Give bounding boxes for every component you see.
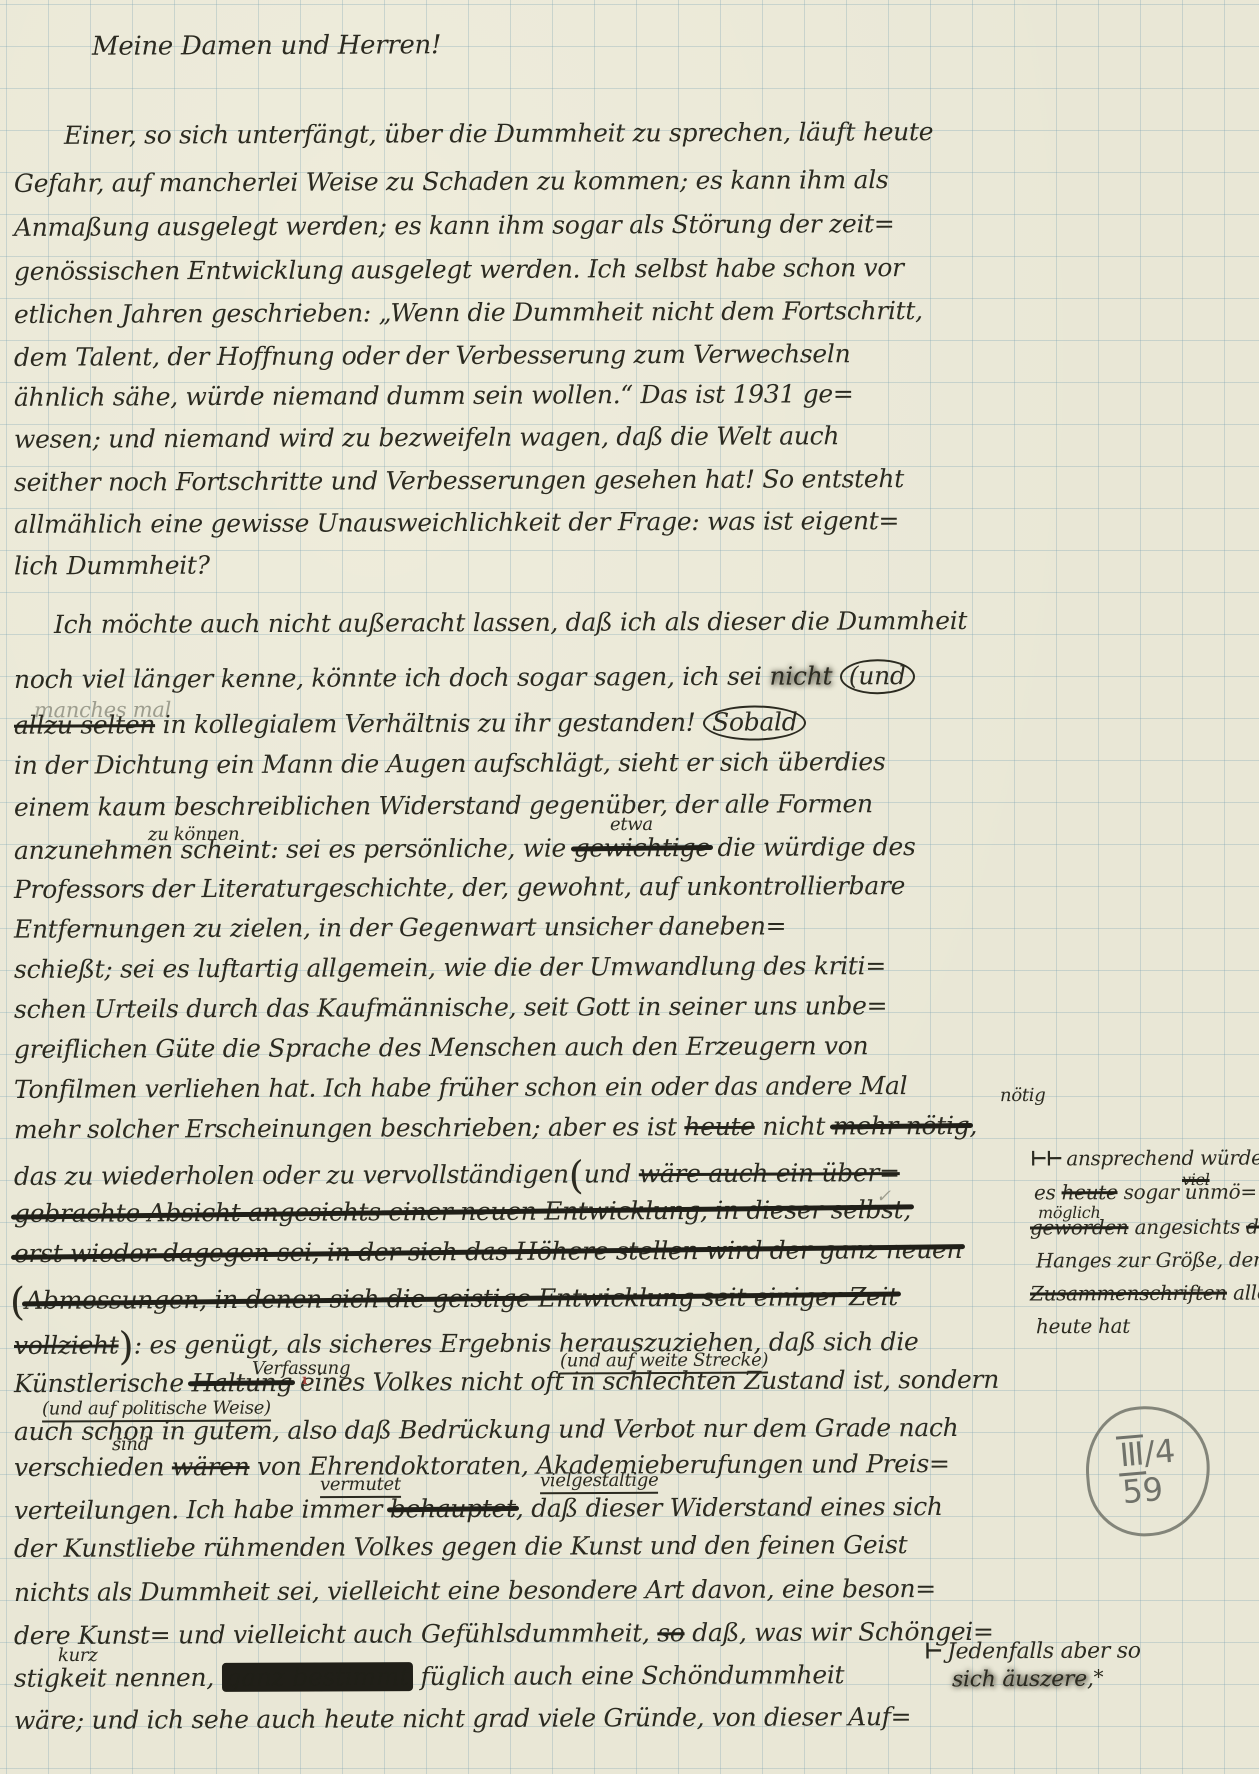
manuscript-line: auch schon in gutem, also daß Bedrückung… [14,1412,959,1447]
manuscript-line: lich Dummheit? [14,550,210,582]
manuscript-line: genössischen Entwicklung ausgelegt werde… [14,252,904,287]
margin-note-line: Hanges zur Größe, den [1036,1247,1259,1273]
manuscript-line: seither noch Fortschritte und Verbesseru… [14,463,904,498]
interlinear-insertion: nötig [1000,1085,1046,1108]
deleted-line: gebrachte Absicht angesichts einer neuen… [14,1194,911,1229]
manuscript-line: Gefahr, auf mancherlei Weise zu Schaden … [14,164,889,199]
manuscript-line: Einer, so sich unterfängt, über die Dumm… [64,116,933,151]
manuscript-line: wesen; und niemand wird zu bezweifeln wa… [14,420,839,455]
archive-stamp-number: 59 [1121,1472,1178,1510]
manuscript-line: Professors der Literaturgeschichte, der,… [14,870,905,905]
manuscript-line: Tonfilmen verliehen hat. Ich habe früher… [14,1070,907,1105]
manuscript-line: in der Dichtung ein Mann die Augen aufsc… [14,746,886,781]
manuscript-line: Ich möchte auch nicht außeracht lassen, … [54,605,967,640]
margin-note-line: geworden angesichts des [1030,1214,1259,1240]
manuscript-line: ähnlich sähe, würde niemand dumm sein wo… [14,378,854,413]
manuscript-line: stigkeit nennen, ganz bestimmt füglich a… [14,1659,844,1694]
manuscript-line: nichts als Dummheit sei, vielleicht eine… [14,1573,936,1608]
interlinear-insertion: vielgestaltige [540,1470,659,1493]
margin-note-line: ⊢⊢ ansprechend würde [1030,1145,1259,1171]
manuscript-line: schießt; sei es luftartig allgemein, wie… [14,950,886,985]
manuscript-line: dem Talent, der Hoffnung oder der Verbes… [14,338,851,373]
archive-stamp: III/4 59 [1081,1401,1216,1541]
manuscript-line: mehr solcher Erscheinungen beschrieben; … [14,1110,977,1145]
deleted-line: (Abmessungen, in denen sich die geistige… [10,1275,898,1327]
manuscript-line: verteilungen. Ich habe immer behauptet, … [14,1491,943,1526]
manuscript-line: dere Kunst= und vielleicht auch Gefühlsd… [14,1616,994,1652]
manuscript-line: anzunehmen scheint: sei es persönliche, … [14,831,916,866]
margin-note-line: heute hat [1036,1314,1130,1339]
archive-stamp-roman: III [1116,1435,1146,1477]
margin-note-line: es heute sogar unmö= [1034,1180,1257,1206]
manuscript-line: Entfernungen zu zielen, in der Gegenwart… [14,910,786,945]
manuscript-line: greiflichen Güte die Sprache des Mensche… [14,1030,868,1065]
salutation-line: Meine Damen und Herren! [92,29,441,63]
margin-note-line: ⊢ Jedenfalls aber so [924,1638,1141,1666]
margin-note-line: Zusammenschriften alles [1030,1280,1259,1306]
manuscript-line: Anmaßung ausgelegt werden; es kann ihm s… [14,208,895,243]
manuscript-line: Künstlerische Haltung eines Volkes nicht… [14,1364,999,1400]
archive-stamp-arabic: /4 [1143,1435,1177,1471]
manuscript-page: III/4 59 Meine Damen und Herren!Einer, s… [0,0,1259,1774]
red-correction-mark: ı [302,1372,307,1390]
manuscript-line: verschieden wären von Ehrendoktoraten, A… [14,1448,950,1483]
archive-stamp-signature: III/4 [1116,1432,1177,1476]
manuscript-line: wäre; und ich sehe auch heute nicht grad… [14,1701,911,1736]
manuscript-line: schen Urteils durch das Kaufmännische, s… [14,990,887,1025]
deleted-line: erst wieder dagegen sei, in der sich das… [14,1234,962,1269]
manuscript-line: allmählich eine gewisse Unausweichlichke… [14,505,899,540]
manuscript-line: allzu selten in kollegialem Verhältnis z… [14,706,807,741]
manuscript-line: etlichen Jahren geschrieben: „Wenn die D… [14,295,923,330]
margin-note-line: sich äuszere,* [952,1666,1103,1694]
manuscript-line: einem kaum beschreiblichen Widerstand ge… [14,788,873,823]
check-mark: ✓ [876,1186,891,1209]
manuscript-line: der Kunstliebe rühmenden Volkes gegen di… [14,1529,907,1564]
manuscript-line: noch viel länger kenne, könnte ich doch … [14,660,915,695]
